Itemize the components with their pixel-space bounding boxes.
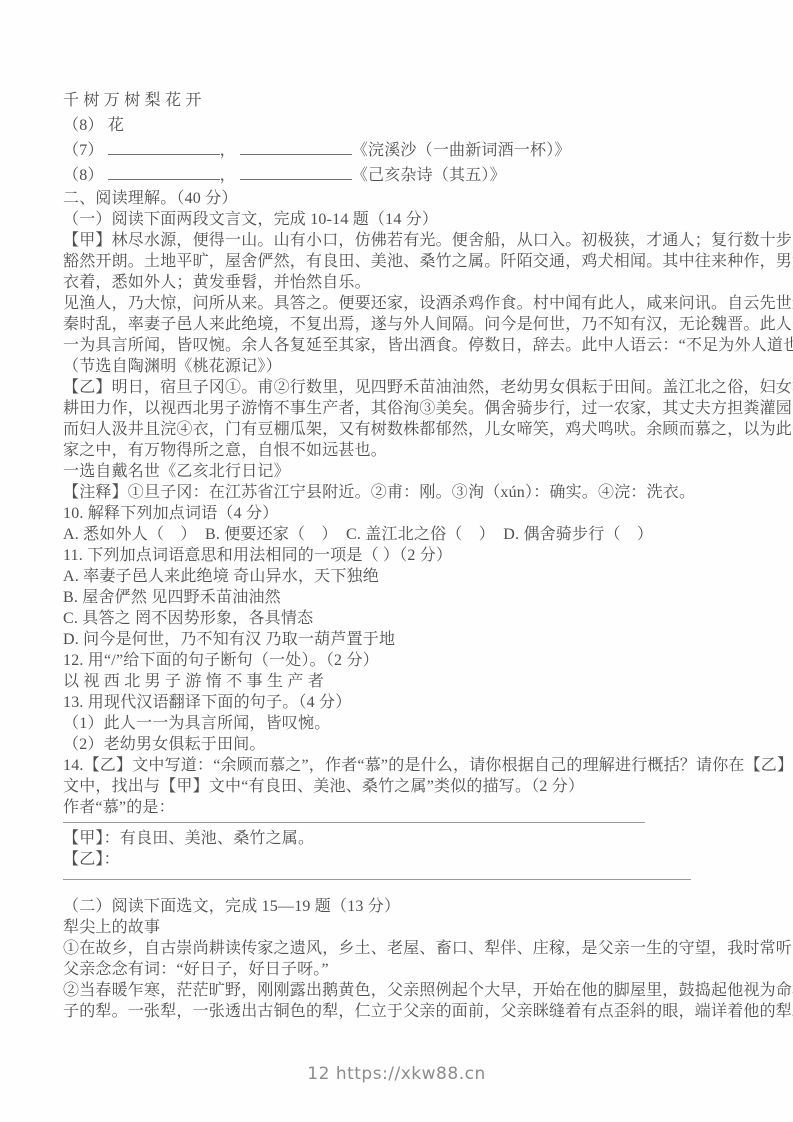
text-line: 【乙】： [63, 849, 760, 870]
exam-paper-page: 千 树 万 树 梨 花 开（8） 花（7），《浣溪沙（一曲新词酒一杯）》（8），… [0, 0, 793, 1122]
text-line: 【甲】：有良田、美池、桑竹之属。 [63, 828, 760, 849]
text-line: 14.【乙】文中写道：“余顾而慕之”，作者“慕”的是什么，请你根据自己的理解进行… [63, 755, 760, 776]
text-line: 13. 用现代汉语翻译下面的句子。（4 分） [63, 692, 760, 713]
text-line: 10. 解释下列加点词语（4 分） [63, 503, 760, 524]
text-line: 12. 用“/”给下面的句子断句（一处）。（2 分） [63, 650, 760, 671]
text-line: （2）老幼男女俱耘于田间。 [63, 734, 760, 755]
fill-in-line: （7），《浣溪沙（一曲新词酒一杯）》 [63, 138, 760, 163]
page-footer: 12 https://xkw88.cn [0, 1064, 793, 1084]
text-line: 【注释】①旦子冈：在江苏省江宁县附近。②甫：刚。③洵（xún）：确实。④浣：洗衣… [63, 482, 760, 503]
text-line: 11. 下列加点词语意思和用法相同的一项是（ ）（2 分） [63, 545, 760, 566]
poem-source: 《己亥杂诗（其五）》 [352, 167, 506, 184]
text-line: 而妇人汲井且浣④衣，门有豆棚瓜架，又有树数株都郁然，儿女啼笑，鸡犬鸣吠。余顾而慕… [63, 419, 760, 440]
text-line: A. 悉如外人（ ） B. 便要还家（ ） C. 盖江北之俗（ ） D. 偶舍骑… [63, 524, 760, 545]
text-line: 子的犁。一张犁，一张透出古铜色的犁，仁立于父亲的面前，父亲眯缝着有点歪斜的眼，端… [63, 1001, 760, 1022]
text-line: （节选自陶渊明《桃花源记》） [63, 356, 760, 377]
text-line: C. 具答之 罔不因势形象，各具情态 [63, 608, 760, 629]
text-line: 一为具言所闻，皆叹惋。余人各复延至其家，皆出酒食。停数日，辞去。此中人语云：“不… [63, 335, 760, 356]
text-line: 父亲念念有词：“好日子，好日子呀。” [63, 959, 760, 980]
text-line: 二、阅读理解。（40 分） [63, 188, 760, 209]
fill-in-line: （8），《己亥杂诗（其五）》 [63, 163, 760, 188]
text-line: 家之中，有万物得所之意，自恨不如远甚也。 [63, 440, 760, 461]
text-line: ①在故乡，自古崇尚耕读传家之遗风，乡土、老屋、畜口、犁伴、庄稼，是父亲一生的守望… [63, 938, 760, 959]
text-line: 文中，找出与【甲】文中“有良田、美池、桑竹之属”类似的描写。（2 分） [63, 776, 760, 797]
answer-blank [240, 165, 352, 180]
text-line: 豁然开朗。土地平旷，屋舍俨然，有良田、美池、桑竹之属。阡陌交通，鸡犬相闻。其中往… [63, 251, 760, 272]
text-line: ②当春暖乍寒，茫茫旷野，刚刚露出鹅黄色，父亲照例起个大早，开始在他的脚屋里，鼓捣… [63, 980, 760, 1001]
text-line: （8） 花 [63, 113, 760, 138]
text-line: D. 问今是何世，乃不知有汉 乃取一葫芦置于地 [63, 629, 760, 650]
text-line: A. 率妻子邑人来此绝境 奇山异水，天下独绝 [63, 566, 760, 587]
spacer [63, 870, 760, 879]
text-line: 耕田力作，以视西北男子游惰不事生产者，其俗洵③美矣。偶舍骑步行，过一农家，其丈夫… [63, 398, 760, 419]
text-line: 秦时乱，率妻子邑人来此绝境，不复出焉，遂与外人间隔。问今是何世，乃不知有汉，无论… [63, 314, 760, 335]
document-content: 千 树 万 树 梨 花 开（8） 花（7），《浣溪沙（一曲新词酒一杯）》（8），… [63, 88, 760, 1022]
text-line: （1）此人一一为具言所闻，皆叹惋。 [63, 713, 760, 734]
answer-blank [240, 140, 352, 155]
separator-comma: ， [220, 142, 236, 159]
text-line: （一）阅读下面两段文言文，完成 10-14 题（14 分） [63, 209, 760, 230]
text-line: 【甲】林尽水源，便得一山。山有小口，仿佛若有光。便舍船，从口入。初极狭，才通人；… [63, 230, 760, 251]
item-label: （8） [63, 167, 104, 184]
page-number: 12 [307, 1064, 330, 1084]
separator-comma: ， [220, 167, 236, 184]
text-line: （二）阅读下面选文，完成 15—19 题（13 分） [63, 896, 760, 917]
text-line: 见渔人，乃大惊，问所从来。具答之。便要还家，设酒杀鸡作食。村中闻有此人，咸来问讯… [63, 293, 760, 314]
poem-source: 《浣溪沙（一曲新词酒一杯）》 [352, 142, 571, 159]
text-line: 千 树 万 树 梨 花 开 [63, 88, 760, 113]
text-line: 衣着，悉如外人；黄发垂髫，并怡然自乐。 [63, 272, 760, 293]
item-label: （7） [63, 142, 104, 159]
footer-url: https://xkw88.cn [336, 1064, 486, 1084]
answer-blank [108, 165, 220, 180]
text-line: B. 屋舍俨然 见四野禾苗油油然 [63, 587, 760, 608]
text-line: 作者“慕”的是： [63, 797, 760, 818]
text-line: 犁尖上的故事 [63, 917, 760, 938]
text-line: 【乙】明日，宿旦子冈①。甫②行数里，见四野禾苗油油然，老幼男女俱耘于田间。盖江北… [63, 377, 760, 398]
text-line: 以 视 西 北 男 子 游 惰 不 事 生 产 者 [63, 671, 760, 692]
text-line: 一选自戴名世《乙亥北行日记》 [63, 461, 760, 482]
spacer [63, 880, 760, 896]
answer-blank [108, 140, 220, 155]
